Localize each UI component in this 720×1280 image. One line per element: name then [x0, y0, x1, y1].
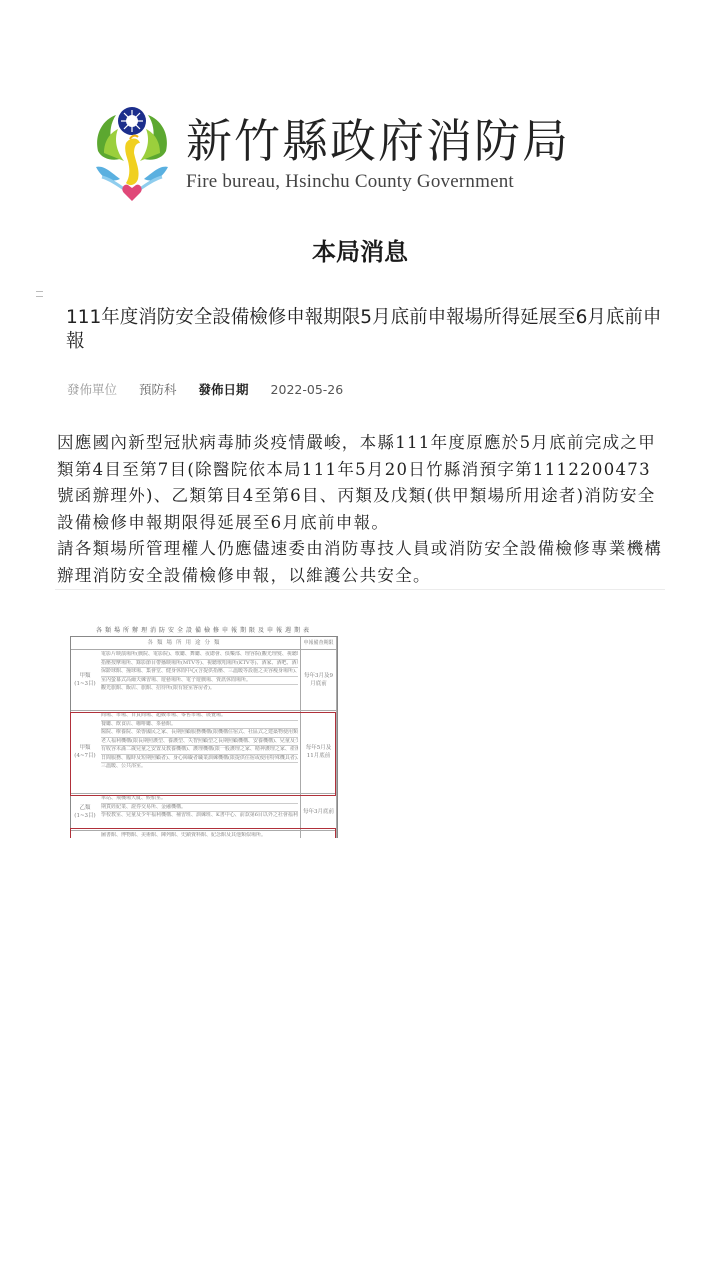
- table-item: 電影片映演場所(戲院、電影院)、歌廳、舞廳、夜總會、俱樂部、理容院(觀光理髮、視…: [101, 651, 298, 660]
- table-item: 車站、飛機場大廈、候船室。: [101, 795, 298, 804]
- section-title: 本局消息: [0, 232, 720, 267]
- article-paragraph: 請各類場所管理權人仍應儘速委由消防專技人員或消防安全設備檢修專業機構辦理消防安全…: [57, 536, 667, 589]
- table-row-deadline: 每年3月及9月底前: [301, 650, 337, 711]
- table-row-items: 車站、飛機場大廈、候船室。 期貨經紀業、證券交易所、金融機構。 學校教室、兒童及…: [99, 794, 301, 831]
- table-row-deadline: 每年3月底前: [301, 794, 337, 831]
- attachment-table-image[interactable]: 各類場所辦理消防安全設備檢修申報期限及申報週期表 各類場所用途分類 申報備查期限…: [70, 626, 338, 838]
- table-item: 餐廳、飲食店、咖啡廳、茶藝館。: [101, 721, 298, 730]
- site-header[interactable]: 新竹縣政府消防局 Fire bureau, Hsinchu County Gov…: [90, 98, 580, 208]
- table-header-deadline: 申報備查期限: [301, 637, 337, 650]
- table-row-category: [71, 831, 99, 838]
- table-row-deadline: [301, 831, 337, 838]
- table-item: 保齡球館、撞球場、集會堂、健身休閒中心(含提供指壓、三溫暖等設施之美容瘦身場所)…: [101, 668, 298, 677]
- article-paragraph: 因應國內新型冠狀病毒肺炎疫情嚴峻，本縣111年度原應於5月底前完成之甲類第4目至…: [57, 430, 667, 536]
- news-page: 新竹縣政府消防局 Fire bureau, Hsinchu County Gov…: [0, 0, 720, 1280]
- table-row-items: 圖書館、博物館、美術館、陳列館、史蹟資料館、紀念館及其他類似場所。: [99, 831, 301, 838]
- article-meta: 發佈單位 預防科 發佈日期 2022-05-26: [67, 380, 343, 398]
- table-caption: 各類場所辦理消防安全設備檢修申報期限及申報週期表: [70, 626, 338, 637]
- publish-date-value: 2022-05-26: [271, 382, 344, 397]
- table-item: 商場、市場、百貨商場、超級市場、零售市場、展覽場。: [101, 712, 298, 721]
- publish-unit-label: 發佈單位: [67, 380, 117, 398]
- drag-handle-icon[interactable]: [36, 291, 43, 297]
- table-header-category: 各類場所用途分類: [71, 637, 301, 650]
- org-name-en: Fire bureau, Hsinchu County Government: [186, 171, 570, 193]
- table-item: 室內螢幕式高爾夫練習場、遊藝場所、電子遊戲場、資訊休閒場所。: [101, 677, 298, 686]
- table-row-items: 電影片映演場所(戲院、電影院)、歌廳、舞廳、夜總會、俱樂部、理容院(觀光理髮、視…: [99, 650, 301, 711]
- table-item: 圖書館、博物館、美術館、陳列館、史蹟資料館、紀念館及其他類似場所。: [101, 832, 298, 838]
- publish-unit-value: 預防科: [139, 380, 177, 398]
- table-item: 三溫暖、公共浴室。: [101, 763, 298, 771]
- table-item: 有收容未滿二歲兒童之安置及教養機構)、護理機構(限一般護理之家、精神護理之家、產…: [101, 746, 298, 755]
- org-name-zh: 新竹縣政府消防局: [186, 113, 570, 169]
- table-row-category: 乙類(1~3目): [71, 794, 99, 831]
- table-item: 期貨經紀業、證券交易所、金融機構。: [101, 804, 298, 813]
- table-item: 學校教室、兒童及少年福利機構、補習班、訓練班、K書中心、前款第6目以外之社會福利…: [101, 812, 298, 820]
- table-item: 指壓按摩場所、錄影節目帶播映場所(MTV等)、視聽歌唱場所(KTV等)、酒家、酒…: [101, 660, 298, 669]
- table-item: 醫院、療養院、榮譽國民之家、長期照顧服務機構(限機構住宿式、社區式之建築物使用類…: [101, 729, 298, 738]
- article-title: 111年度消防安全設備檢修申報期限5月底前申報場所得延展至6月底前申報: [66, 306, 666, 354]
- fire-bureau-emblem-icon: [90, 103, 174, 203]
- table-item: 日間服務、臨時及短期照顧者)、身心障礙者職業訓練機構(限提供住宿或使用特殊機具者…: [101, 755, 298, 764]
- table-row-items: 商場、市場、百貨商場、超級市場、零售市場、展覽場。 餐廳、飲食店、咖啡廳、茶藝館…: [99, 711, 301, 794]
- table-row-category: 甲類(4~7目): [71, 711, 99, 794]
- table-item: 觀光旅館、飯店、旅館、招待所(限有寢室客房者)。: [101, 685, 298, 693]
- table-row-deadline: 每年5月及11月底前: [301, 711, 337, 794]
- table-row-category: 甲類(1~3目): [71, 650, 99, 711]
- table-item: 老人福利機構(限長期照護型、養護型、失智照顧型之長期照顧機構、安養機構)、兒童及…: [101, 738, 298, 747]
- publish-date-label: 發佈日期: [199, 380, 249, 398]
- table-grid: 各類場所用途分類 申報備查期限 甲類(1~3目) 電影片映演場所(戲院、電影院)…: [70, 637, 338, 838]
- content-divider: [55, 589, 665, 590]
- article-body: 因應國內新型冠狀病毒肺炎疫情嚴峻，本縣111年度原應於5月底前完成之甲類第4目至…: [57, 430, 667, 589]
